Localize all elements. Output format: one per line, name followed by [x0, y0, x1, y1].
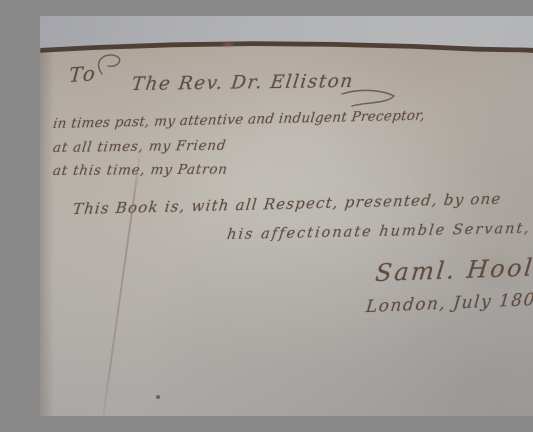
inscription-dedication-3: at this time, my Patron [52, 161, 229, 179]
inscription-recipient: The Rev. Dr. Elliston [130, 71, 355, 95]
inscription-dedication-2: at all times, my Friend [52, 138, 227, 156]
gutter-shadow [40, 50, 54, 416]
inscription-salutation: To [68, 61, 97, 87]
book-inscription-photo: To The Rev. Dr. Elliston in times past, … [40, 16, 533, 416]
inscription-signature: Saml. Hoole [374, 253, 533, 287]
